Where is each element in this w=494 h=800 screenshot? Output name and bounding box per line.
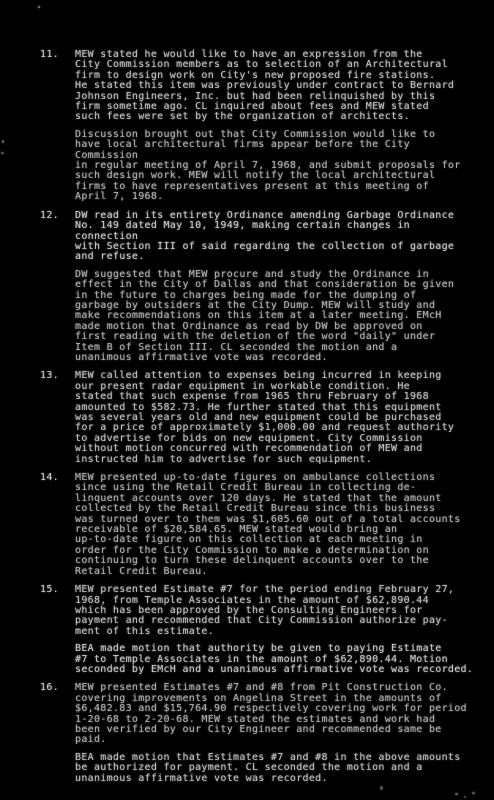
item-number: 15.	[40, 585, 75, 595]
scan-noise	[2, 140, 4, 143]
scan-noise	[38, 6, 40, 8]
scan-noise	[464, 796, 466, 798]
scan-noise	[1, 152, 4, 154]
minutes-item-13: 13. MEW called attention to expenses bei…	[40, 371, 474, 465]
item-paragraphs: MEW presented Estimate #7 for the period…	[75, 585, 474, 675]
paragraph: Discussion brought out that City Commiss…	[75, 130, 474, 203]
scan-noise	[448, 757, 450, 759]
paragraph: MEW presented Estimates #7 and #8 from P…	[75, 683, 474, 745]
paragraph: DW read in its entirety Ordinance amendi…	[75, 211, 474, 263]
item-paragraphs: MEW called attention to expenses being i…	[75, 371, 474, 465]
scan-noise	[455, 793, 458, 795]
minutes-item-16: 16. MEW presented Estimates #7 and #8 fr…	[40, 683, 474, 784]
scan-noise	[472, 792, 475, 794]
minutes-item-11: 11. MEW stated he would like to have an …	[40, 50, 474, 203]
scan-noise	[380, 786, 383, 790]
minutes-item-14: 14. MEW presented up-to-date figures on …	[40, 473, 474, 577]
item-paragraphs: MEW presented Estimates #7 and #8 from P…	[75, 683, 474, 784]
item-number: 14.	[40, 473, 75, 483]
paragraph: MEW called attention to expenses being i…	[75, 371, 474, 465]
item-number: 12.	[40, 211, 75, 221]
minutes-text-block: 11. MEW stated he would like to have an …	[40, 50, 474, 792]
paragraph: DW suggested that MEW procure and study …	[75, 270, 474, 364]
item-number: 13.	[40, 371, 75, 381]
minutes-item-15: 15. MEW presented Estimate #7 for the pe…	[40, 585, 474, 675]
item-number: 11.	[40, 50, 75, 60]
item-paragraphs: MEW presented up-to-date figures on ambu…	[75, 473, 474, 577]
scanned-minutes-page: 11. MEW stated he would like to have an …	[0, 0, 494, 800]
item-number: 16.	[40, 683, 75, 693]
paragraph: BEA made motion that authority be given …	[75, 644, 474, 675]
paragraph: MEW presented Estimate #7 for the period…	[75, 585, 474, 637]
paragraph: MEW presented up-to-date figures on ambu…	[75, 473, 474, 577]
item-paragraphs: MEW stated he would like to have an expr…	[75, 50, 474, 203]
minutes-item-12: 12. DW read in its entirety Ordinance am…	[40, 211, 474, 364]
item-paragraphs: DW read in its entirety Ordinance amendi…	[75, 211, 474, 364]
paragraph: BEA made motion that Estimates #7 and #8…	[75, 753, 474, 784]
paragraph: MEW stated he would like to have an expr…	[75, 50, 474, 123]
